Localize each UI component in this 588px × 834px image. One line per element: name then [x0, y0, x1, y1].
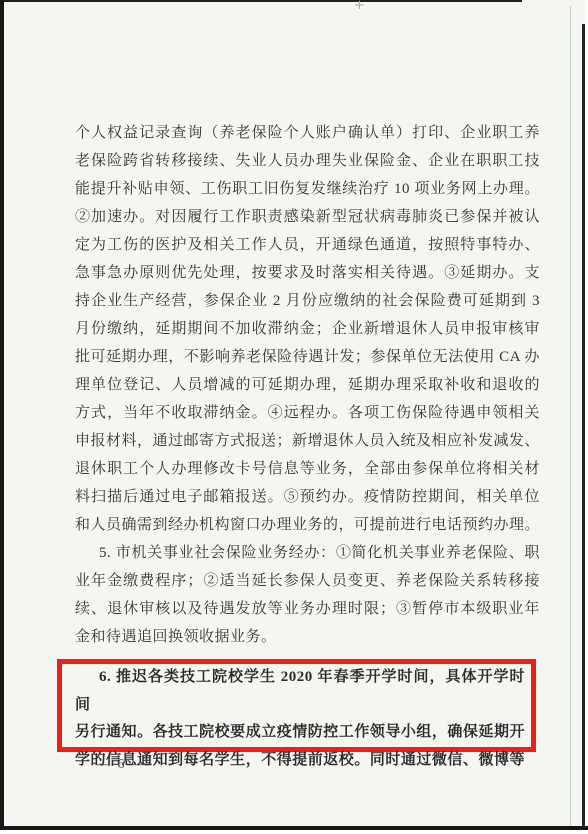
scan-margin-bottom — [0, 830, 588, 834]
page-edge-shadow — [570, 6, 571, 826]
body-line: 定为工伤的医护及相关工作人员，开通绿色通道，按照特事特办、 — [75, 231, 540, 259]
body-line: 理单位登记、人员增减的可延期办理，延期办理采取补收和退收的 — [75, 371, 540, 399]
body-line: 续、退休审核以及待遇发放等业务办理时限；③暂停市本级职业年 — [75, 595, 540, 623]
crop-mark-icon: + — [354, 0, 365, 13]
document-page: + 个人权益记录查询（养老保险个人账户确认单）打印、企业职工养 老保险跨省转移接… — [0, 0, 588, 834]
body-line: 方式，当年不收取滞纳金。④远程办。各项工伤保险待遇申领相关 — [75, 399, 540, 427]
body-line: 5. 市机关事业社会保险业务经办：①简化机关事业养老保险、职 — [75, 539, 540, 567]
body-line: 和人员确需到经办机构窗口办理业务的，可提前进行电话预约办理。 — [75, 511, 540, 539]
highlighted-line: 另行通知。各技工院校要成立疫情防控工作领导小组，确保延期开 — [75, 719, 525, 747]
body-line: 个人权益记录查询（养老保险个人账户确认单）打印、企业职工养 — [75, 119, 540, 147]
body-line: 金和待遇追回换领收据业务。 — [75, 623, 540, 651]
scan-edge-left — [0, 0, 4, 834]
body-line: 退休职工个人办理修改卡号信息等业务，全部由参保单位将相关材 — [75, 455, 540, 483]
body-line: 急事急办原则优先处理，按要求及时落实相关待遇。③延期办。支 — [75, 259, 540, 287]
body-line: 申报材料，通过邮寄方式报送；新增退休人员入统及相应补发减发、 — [75, 427, 540, 455]
page-number: — 6 — — [96, 755, 148, 775]
body-line: 批可延期办理，不影响养老保险待遇计发；参保单位无法使用 CA 办 — [75, 343, 540, 371]
body-line: ②加速办。对因履行工作职责感染新型冠状病毒肺炎已参保并被认 — [75, 203, 540, 231]
body-line: 老保险跨省转移接续、失业人员办理失业保险金、企业在职职工技 — [75, 147, 540, 175]
scan-edge-top — [0, 0, 522, 2]
document-body: 个人权益记录查询（养老保险个人账户确认单）打印、企业职工养 老保险跨省转移接续、… — [75, 119, 540, 651]
body-line: 月份缴纳，延期期间不加收滞纳金；企业新增退休人员申报审核审 — [75, 315, 540, 343]
highlight-box: 6. 推迟各类技工院校学生 2020 年春季开学时间，具体开学时间 另行通知。各… — [57, 659, 536, 752]
body-line: 能提升补贴申领、工伤职工旧伤复发继续治疗 10 项业务网上办理。 — [75, 175, 540, 203]
body-line: 业年金缴费程序；②适当延长参保人员变更、养老保险关系转移接 — [75, 567, 540, 595]
highlighted-line: 6. 推迟各类技工院校学生 2020 年春季开学时间，具体开学时间 — [75, 664, 525, 719]
body-line: 料扫描后通过电子邮箱报送。⑤预约办。疫情防控期间，相关单位 — [75, 483, 540, 511]
body-line: 持企业生产经营，参保企业 2 月份应缴纳的社会保险费可延期到 3 — [75, 287, 540, 315]
